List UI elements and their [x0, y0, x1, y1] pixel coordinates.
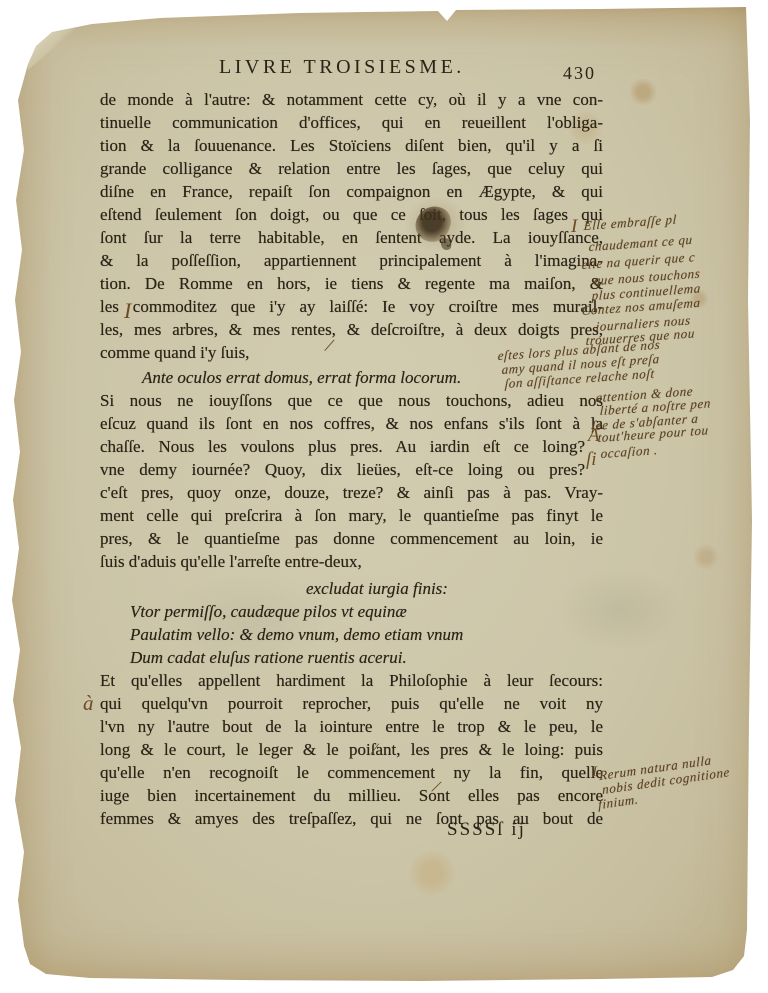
- printed-line: pres, & le quantieſme pas donne commence…: [100, 527, 603, 550]
- printed-line: Si nous ne iouyſſons que ce que nous tou…: [100, 389, 603, 412]
- printed-line: Paulatim vello: & demo vnum, demo etiam …: [100, 623, 603, 646]
- marginalia-line: ſee de s'abſanter a: [591, 411, 698, 435]
- printed-line: c'eſt pres, quoy onze, douze, treze? & a…: [100, 481, 603, 504]
- ink-mark: à: [83, 691, 94, 716]
- printed-line: iuge bien incertainement du millieu. Son…: [100, 784, 603, 807]
- printed-line: ment celle qui preſcrira à ſon mary, le …: [100, 504, 603, 527]
- printed-line: & la poſſeſſion, appartiennent principal…: [100, 249, 603, 272]
- page-corner-curl: [28, 24, 84, 70]
- marginalia-line: nobis dedit cognitione: [602, 764, 730, 798]
- printed-line: tinuelle communication d'offices, qui en…: [100, 111, 603, 134]
- printed-line: comme quand i'y ſuis,: [100, 341, 603, 364]
- printed-line: femmes & amyes des treſpaſſez, qui ne ſo…: [100, 807, 603, 830]
- printed-line: Ante oculos errat domus, errat forma loc…: [100, 366, 603, 389]
- page-number: 430: [563, 63, 596, 84]
- marginalia-line: iournaliers nous: [595, 312, 691, 335]
- printed-line: de monde à l'autre: & notamment cette cy…: [100, 88, 603, 111]
- printed-line: les commoditez que i'y ay laiſſé: Ie voy…: [100, 295, 603, 318]
- printed-line: tion. De Romme en hors, ie tiens & regen…: [100, 272, 603, 295]
- printed-line: Vtor permiſſo, caudæque pilos vt equinæ: [100, 600, 603, 623]
- printed-line: eſtend ſeulement ſon doigt, ou que ce ſo…: [100, 203, 603, 226]
- marginalia-line: finium.: [598, 791, 639, 813]
- printed-line: eſcuz quand ils ſont en nos coffres, & n…: [100, 412, 603, 435]
- printed-line: ſont ſur la terre habitable, en ſentent …: [100, 226, 603, 249]
- marginalia-line: plus continuellema: [591, 280, 701, 304]
- printed-line: qui quelqu'vn pourroit reprocher, puis q…: [100, 692, 603, 715]
- printed-line: grande colligance & relation entre les ſ…: [100, 157, 603, 180]
- printed-line: Dum cadat eluſus ratione ruentis acerui.: [100, 646, 603, 669]
- marginalia-line: attention & done: [595, 383, 693, 406]
- printed-text-block: de monde à l'autre: & notamment cette cy…: [100, 88, 603, 830]
- marginalia-line: tout'heure pour tou: [597, 422, 708, 446]
- photo-background: LIVRE TROISIESME. 430 de monde à l'autre…: [0, 0, 768, 993]
- signature-mark: SSSSſ ij: [447, 819, 526, 841]
- printed-line: ſuis d'aduis qu'elle l'arreſte entre-deu…: [100, 550, 603, 573]
- printed-line: chaſſe. Nous les voulons plus pres. Au i…: [100, 435, 603, 458]
- printed-line: les, mes arbres, & mes rentes, & deſcroi…: [100, 318, 603, 341]
- printed-line: excludat iurgia finis:: [100, 577, 603, 600]
- printed-line: Et qu'elles appellent hardiment la Philo…: [100, 669, 603, 692]
- marginalia-line: Rerum natura nulla: [599, 752, 712, 784]
- marginalia-line: occaſion .: [600, 442, 658, 462]
- printed-line: vne demy iournée? Quoy, dix lieües, eſt-…: [100, 458, 603, 481]
- running-header: LIVRE TROISIESME.: [219, 56, 465, 79]
- printed-line: qu'elle n'en recognoiſt le commencement …: [100, 761, 603, 784]
- marginalia-line: chaudemant ce qu: [588, 232, 692, 255]
- marginalia-line: liberté a noſtre pen: [599, 395, 711, 419]
- printed-line: diſne en France, repaiſt ſon compaignon …: [100, 180, 603, 203]
- printed-line: l'vn ny l'autre bout de la iointure entr…: [100, 715, 603, 738]
- printed-line: long & le court, le leger & le poiſant, …: [100, 738, 603, 761]
- printed-line: tion & la ſouuenance. Les Stoïciens diſe…: [100, 134, 603, 157]
- marginalia-line: que nous touchons: [593, 266, 700, 290]
- book-page: LIVRE TROISIESME. 430 de monde à l'autre…: [0, 0, 768, 993]
